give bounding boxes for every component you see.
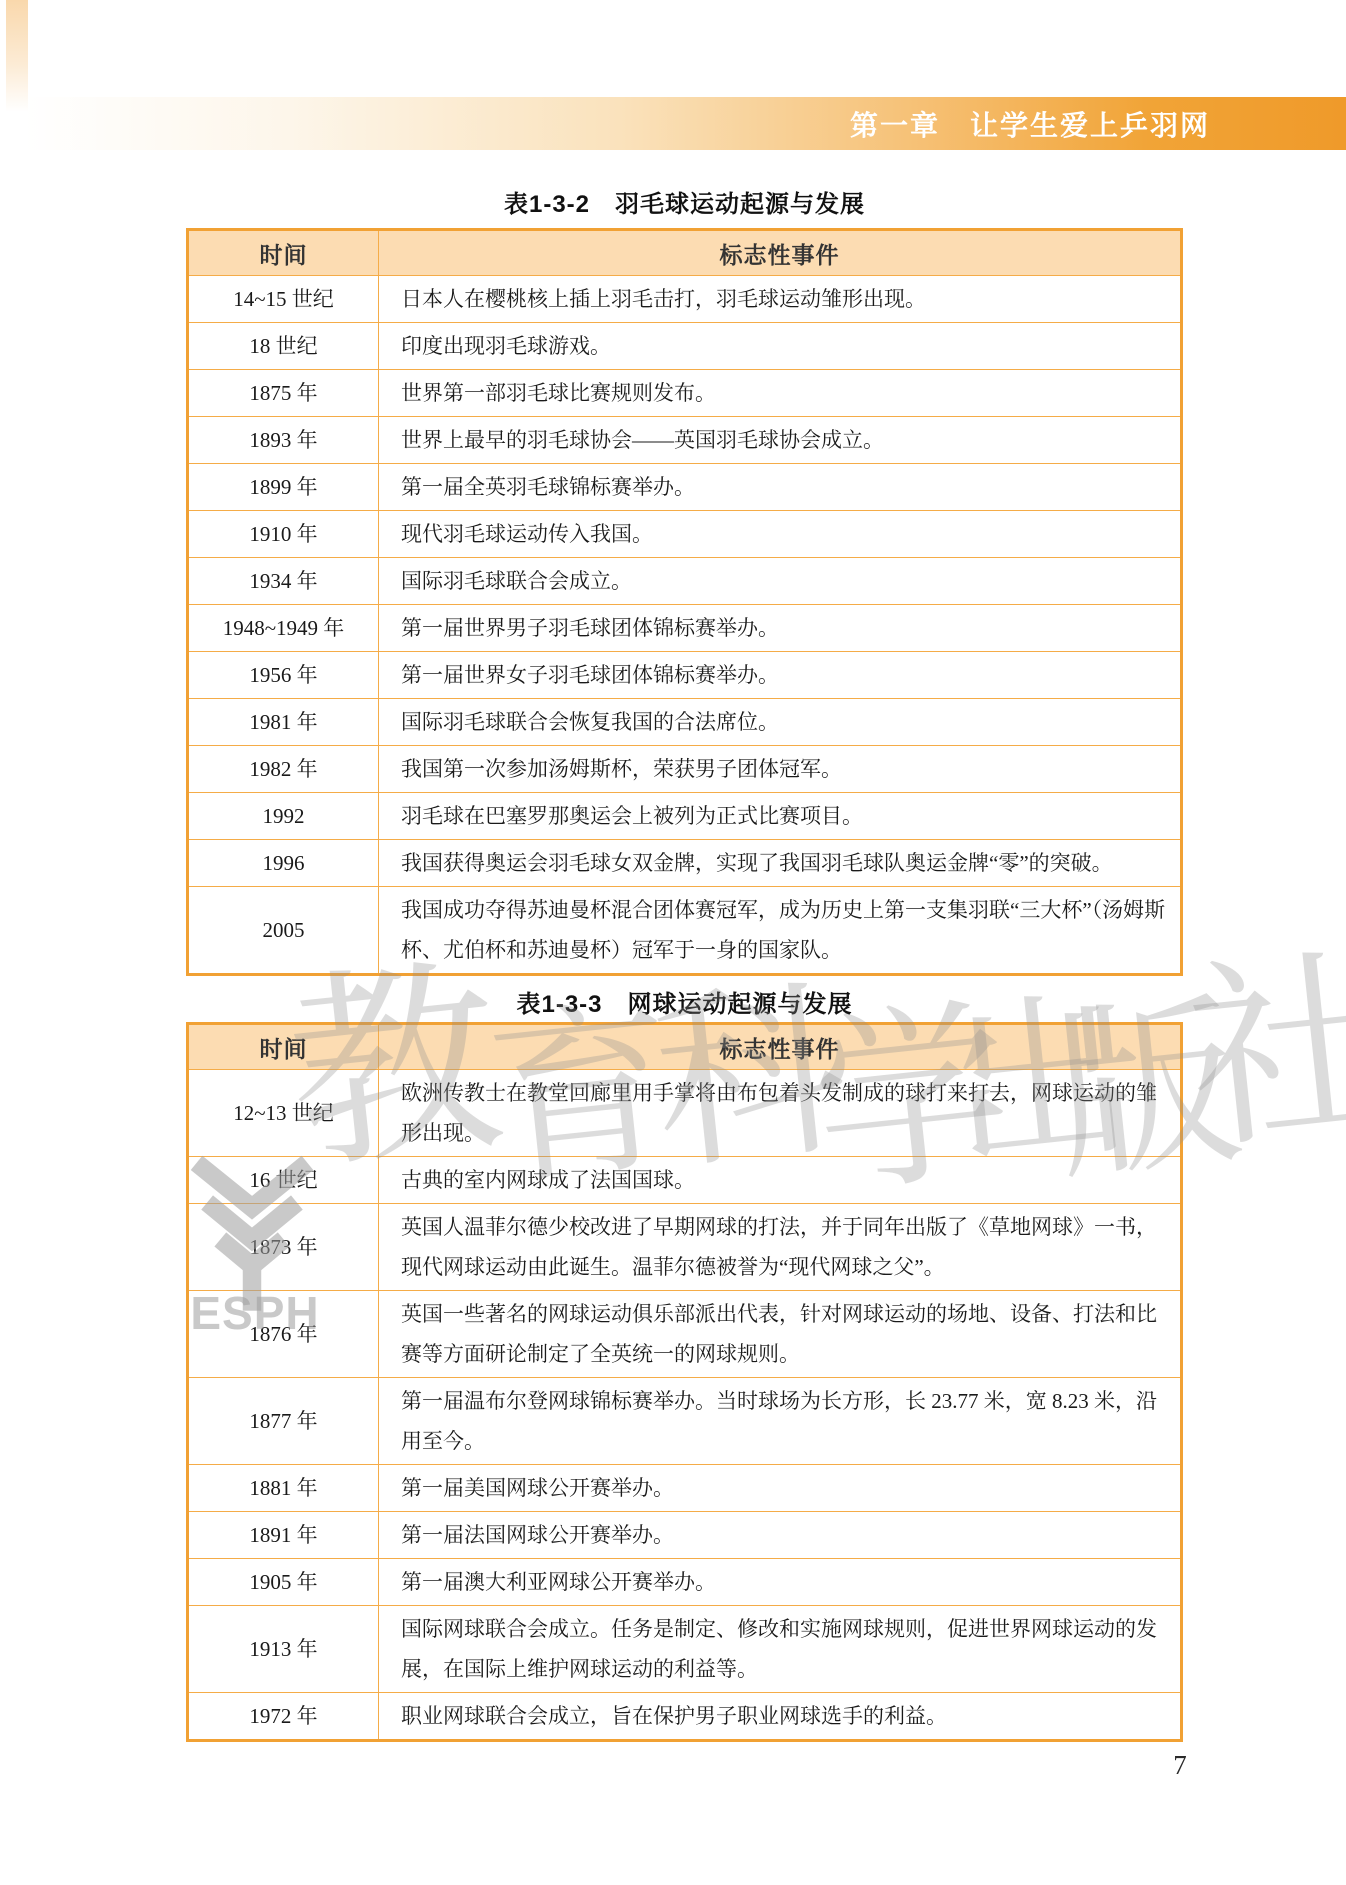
event-cell: 国际羽毛球联合会恢复我国的合法席位。 <box>379 699 1182 746</box>
table-2-title: 表1-3-3 网球运动起源与发展 <box>186 984 1183 1019</box>
column-header-time: 时间 <box>188 230 379 276</box>
tennis-history-table: 时间 标志性事件 12~13 世纪欧洲传教士在教堂回廊里用手掌将由布包着头发制成… <box>186 1022 1183 1742</box>
time-cell: 1899 年 <box>188 464 379 511</box>
time-cell: 1913 年 <box>188 1606 379 1693</box>
time-cell: 1881 年 <box>188 1465 379 1512</box>
event-cell: 第一届世界男子羽毛球团体锦标赛举办。 <box>379 605 1182 652</box>
table-row: 1956 年第一届世界女子羽毛球团体锦标赛举办。 <box>188 652 1182 699</box>
time-cell: 1948~1949 年 <box>188 605 379 652</box>
watermark-char: 社 <box>1180 945 1346 1165</box>
book-page: 第一章 让学生爱上乒羽网 表1-3-2 羽毛球运动起源与发展 时间 标志性事件 … <box>0 0 1346 1885</box>
table-row: 1891 年第一届法国网球公开赛举办。 <box>188 1512 1182 1559</box>
time-cell: 1982 年 <box>188 746 379 793</box>
column-header-time: 时间 <box>188 1024 379 1070</box>
time-cell: 1981 年 <box>188 699 379 746</box>
table-row: 1982 年我国第一次参加汤姆斯杯，荣获男子团体冠军。 <box>188 746 1182 793</box>
event-cell: 羽毛球在巴塞罗那奥运会上被列为正式比赛项目。 <box>379 793 1182 840</box>
event-cell: 世界第一部羽毛球比赛规则发布。 <box>379 370 1182 417</box>
time-cell: 1876 年 <box>188 1291 379 1378</box>
table-row: 1992羽毛球在巴塞罗那奥运会上被列为正式比赛项目。 <box>188 793 1182 840</box>
time-cell: 14~15 世纪 <box>188 276 379 323</box>
event-cell: 欧洲传教士在教堂回廊里用手掌将由布包着头发制成的球打来打去，网球运动的雏形出现。 <box>379 1070 1182 1157</box>
time-cell: 1873 年 <box>188 1204 379 1291</box>
event-cell: 我国成功夺得苏迪曼杯混合团体赛冠军，成为历史上第一支集羽联“三大杯”（汤姆斯杯、… <box>379 887 1182 975</box>
time-cell: 1893 年 <box>188 417 379 464</box>
event-cell: 世界上最早的羽毛球协会——英国羽毛球协会成立。 <box>379 417 1182 464</box>
time-cell: 1877 年 <box>188 1378 379 1465</box>
event-cell: 第一届澳大利亚网球公开赛举办。 <box>379 1559 1182 1606</box>
table-row: 1899 年第一届全英羽毛球锦标赛举办。 <box>188 464 1182 511</box>
event-cell: 日本人在樱桃核上插上羽毛击打，羽毛球运动雏形出现。 <box>379 276 1182 323</box>
table-row: 1873 年英国人温菲尔德少校改进了早期网球的打法，并于同年出版了《草地网球》一… <box>188 1204 1182 1291</box>
event-cell: 我国获得奥运会羽毛球女双金牌，实现了我国羽毛球队奥运金牌“零”的突破。 <box>379 840 1182 887</box>
time-cell: 1996 <box>188 840 379 887</box>
time-cell: 1972 年 <box>188 1693 379 1741</box>
table-header-row: 时间 标志性事件 <box>188 230 1182 276</box>
table-row: 1934 年国际羽毛球联合会成立。 <box>188 558 1182 605</box>
badminton-history-table: 时间 标志性事件 14~15 世纪日本人在樱桃核上插上羽毛击打，羽毛球运动雏形出… <box>186 228 1183 976</box>
table-row: 14~15 世纪日本人在樱桃核上插上羽毛击打，羽毛球运动雏形出现。 <box>188 276 1182 323</box>
table-row: 1905 年第一届澳大利亚网球公开赛举办。 <box>188 1559 1182 1606</box>
event-cell: 印度出现羽毛球游戏。 <box>379 323 1182 370</box>
event-cell: 职业网球联合会成立，旨在保护男子职业网球选手的利益。 <box>379 1693 1182 1741</box>
time-cell: 12~13 世纪 <box>188 1070 379 1157</box>
table-row: 1876 年英国一些著名的网球运动俱乐部派出代表，针对网球运动的场地、设备、打法… <box>188 1291 1182 1378</box>
table-row: 1877 年第一届温布尔登网球锦标赛举办。当时球场为长方形，长 23.77 米，… <box>188 1378 1182 1465</box>
chapter-header-title: 第一章 让学生爱上乒羽网 <box>850 104 1210 144</box>
table-row: 1875 年世界第一部羽毛球比赛规则发布。 <box>188 370 1182 417</box>
table-row: 1972 年职业网球联合会成立，旨在保护男子职业网球选手的利益。 <box>188 1693 1182 1741</box>
table-row: 1913 年国际网球联合会成立。任务是制定、修改和实施网球规则，促进世界网球运动… <box>188 1606 1182 1693</box>
time-cell: 1910 年 <box>188 511 379 558</box>
table-1-title: 表1-3-2 羽毛球运动起源与发展 <box>186 184 1183 219</box>
time-cell: 1956 年 <box>188 652 379 699</box>
event-cell: 国际羽毛球联合会成立。 <box>379 558 1182 605</box>
table-row: 1996我国获得奥运会羽毛球女双金牌，实现了我国羽毛球队奥运金牌“零”的突破。 <box>188 840 1182 887</box>
time-cell: 2005 <box>188 887 379 975</box>
chapter-header-bar: 第一章 让学生爱上乒羽网 <box>25 97 1346 150</box>
event-cell: 第一届世界女子羽毛球团体锦标赛举办。 <box>379 652 1182 699</box>
time-cell: 1891 年 <box>188 1512 379 1559</box>
event-cell: 英国人温菲尔德少校改进了早期网球的打法，并于同年出版了《草地网球》一书，现代网球… <box>379 1204 1182 1291</box>
column-header-event: 标志性事件 <box>379 1024 1182 1070</box>
table-header-row: 时间 标志性事件 <box>188 1024 1182 1070</box>
event-cell: 第一届温布尔登网球锦标赛举办。当时球场为长方形，长 23.77 米，宽 8.23… <box>379 1378 1182 1465</box>
table-row: 12~13 世纪欧洲传教士在教堂回廊里用手掌将由布包着头发制成的球打来打去，网球… <box>188 1070 1182 1157</box>
table-row: 16 世纪古典的室内网球成了法国国球。 <box>188 1157 1182 1204</box>
event-cell: 我国第一次参加汤姆斯杯，荣获男子团体冠军。 <box>379 746 1182 793</box>
event-cell: 英国一些著名的网球运动俱乐部派出代表，针对网球运动的场地、设备、打法和比赛等方面… <box>379 1291 1182 1378</box>
event-cell: 现代羽毛球运动传入我国。 <box>379 511 1182 558</box>
table-row: 18 世纪印度出现羽毛球游戏。 <box>188 323 1182 370</box>
event-cell: 第一届全英羽毛球锦标赛举办。 <box>379 464 1182 511</box>
time-cell: 1905 年 <box>188 1559 379 1606</box>
page-number: 7 <box>1160 1750 1200 1781</box>
table-row: 1948~1949 年第一届世界男子羽毛球团体锦标赛举办。 <box>188 605 1182 652</box>
time-cell: 1875 年 <box>188 370 379 417</box>
time-cell: 16 世纪 <box>188 1157 379 1204</box>
time-cell: 1934 年 <box>188 558 379 605</box>
column-header-event: 标志性事件 <box>379 230 1182 276</box>
event-cell: 第一届美国网球公开赛举办。 <box>379 1465 1182 1512</box>
table-row: 1893 年世界上最早的羽毛球协会——英国羽毛球协会成立。 <box>188 417 1182 464</box>
time-cell: 18 世纪 <box>188 323 379 370</box>
table-row: 1981 年国际羽毛球联合会恢复我国的合法席位。 <box>188 699 1182 746</box>
event-cell: 第一届法国网球公开赛举办。 <box>379 1512 1182 1559</box>
table-row: 1881 年第一届美国网球公开赛举办。 <box>188 1465 1182 1512</box>
event-cell: 古典的室内网球成了法国国球。 <box>379 1157 1182 1204</box>
time-cell: 1992 <box>188 793 379 840</box>
table-row: 1910 年现代羽毛球运动传入我国。 <box>188 511 1182 558</box>
table-row: 2005我国成功夺得苏迪曼杯混合团体赛冠军，成为历史上第一支集羽联“三大杯”（汤… <box>188 887 1182 975</box>
event-cell: 国际网球联合会成立。任务是制定、修改和实施网球规则，促进世界网球运动的发展，在国… <box>379 1606 1182 1693</box>
